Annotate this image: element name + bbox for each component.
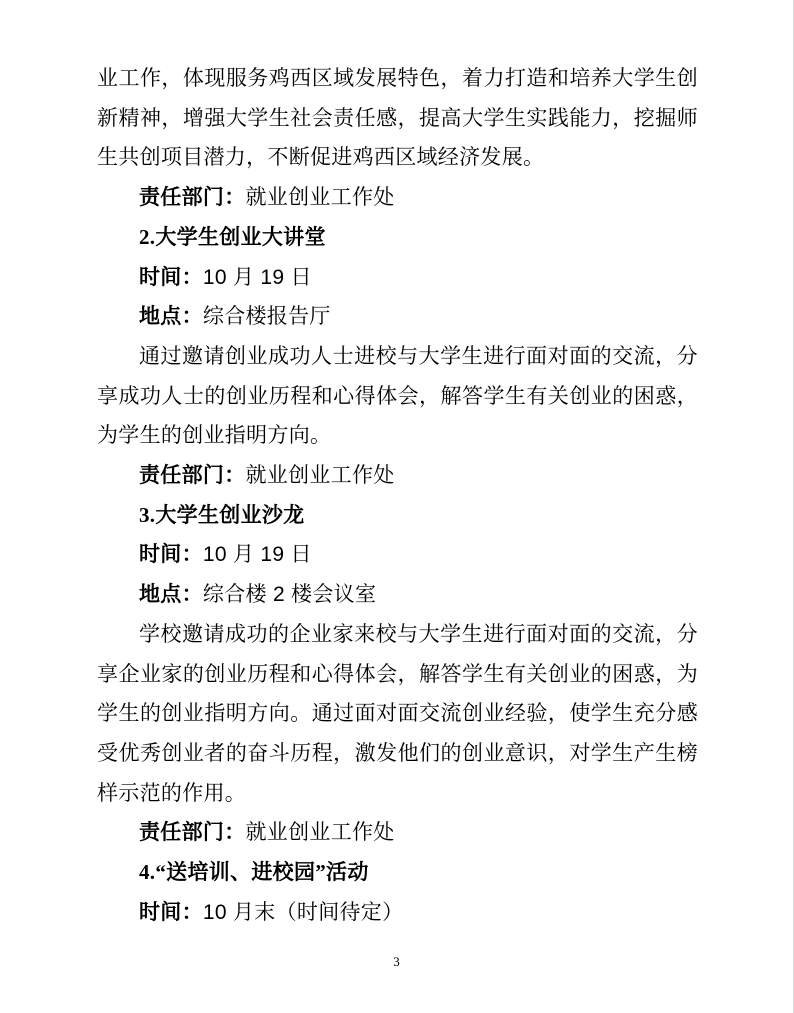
time-line: 时间：10 月 19 日 (97, 258, 698, 298)
location-line: 地点：综合楼报告厅 (97, 297, 698, 337)
time-value: 10 月末（时间待定） (203, 901, 404, 924)
responsible-dept-line: 责任部门：就业创业工作处 (97, 456, 698, 496)
paragraph-activity-3: 学校邀请成功的企业家来校与大学生进行面对面的交流，分享企业家的创业历程和心得体会… (97, 615, 698, 814)
document-page: 业工作，体现服务鸡西区域发展特色，着力打造和培养大学生创新精神，增强大学生社会责… (0, 0, 794, 1013)
location-value: 综合楼报告厅 (203, 305, 331, 328)
location-label: 地点： (139, 583, 203, 606)
activity-heading-3: 3.大学生创业沙龙 (97, 496, 698, 536)
location-line: 地点：综合楼 2 楼会议室 (97, 575, 698, 615)
responsible-dept-value: 就业创业工作处 (246, 186, 395, 209)
responsible-dept-line: 责任部门：就业创业工作处 (97, 813, 698, 853)
responsible-dept-label: 责任部门： (139, 186, 246, 209)
activity-heading-4: 4.“送培训、进校园”活动 (97, 853, 698, 893)
time-line: 时间：10 月 19 日 (97, 535, 698, 575)
responsible-dept-label: 责任部门： (139, 821, 246, 844)
page-number: 3 (0, 954, 793, 970)
location-label: 地点： (139, 305, 203, 328)
time-label: 时间： (139, 543, 203, 566)
location-value: 综合楼 2 楼会议室 (203, 583, 376, 606)
time-value: 10 月 19 日 (203, 266, 312, 289)
document-body: 业工作，体现服务鸡西区域发展特色，着力打造和培养大学生创新精神，增强大学生社会责… (97, 59, 698, 932)
responsible-dept-value: 就业创业工作处 (246, 464, 395, 487)
time-label: 时间： (139, 901, 203, 924)
responsible-dept-label: 责任部门： (139, 464, 246, 487)
paragraph-continuation: 业工作，体现服务鸡西区域发展特色，着力打造和培养大学生创新精神，增强大学生社会责… (97, 59, 698, 178)
responsible-dept-value: 就业创业工作处 (246, 821, 395, 844)
responsible-dept-line: 责任部门：就业创业工作处 (97, 178, 698, 218)
activity-heading-2: 2.大学生创业大讲堂 (97, 218, 698, 258)
time-label: 时间： (139, 266, 203, 289)
time-line: 时间：10 月末（时间待定） (97, 893, 698, 933)
paragraph-activity-2: 通过邀请创业成功人士进校与大学生进行面对面的交流，分享成功人士的创业历程和心得体… (97, 337, 698, 456)
time-value: 10 月 19 日 (203, 543, 312, 566)
